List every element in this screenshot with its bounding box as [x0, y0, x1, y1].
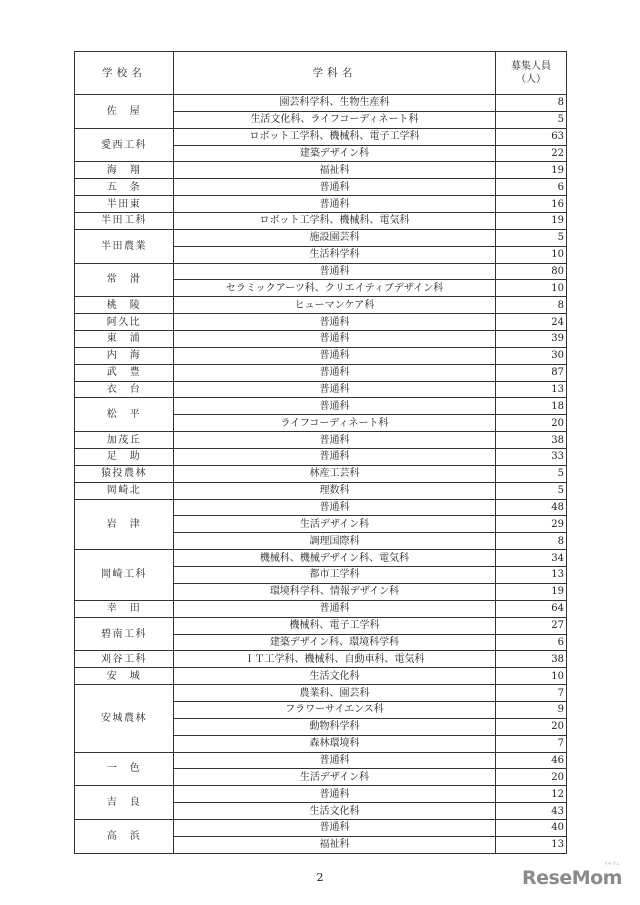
table-row: 武 豊普通科87 [75, 364, 567, 381]
recruitment-count-cell: 8 [496, 95, 567, 112]
department-cell: 普通科 [174, 314, 496, 331]
table-row: 佐 屋園芸科学科、生物生産科8 [75, 95, 567, 112]
department-cell: 普通科 [174, 499, 496, 516]
department-cell: 普通科 [174, 196, 496, 213]
school-name-cell: 安 城 [75, 668, 174, 685]
school-name-cell: 愛西工科 [75, 128, 174, 162]
table-row: 岡崎北理数科5 [75, 482, 567, 499]
school-name-cell: 半田東 [75, 196, 174, 213]
department-cell: 都市工学科 [174, 567, 496, 584]
school-name-cell: 碧南工科 [75, 617, 174, 651]
department-cell: 普通科 [174, 179, 496, 196]
header-school-name: 学校名 [75, 52, 174, 95]
recruitment-count-cell: 6 [496, 179, 567, 196]
school-name-cell: 高 浜 [75, 819, 174, 853]
recruitment-count-cell: 22 [496, 145, 567, 162]
table-row: 猿投農林林産工芸科5 [75, 465, 567, 482]
table-header: 学校名 学科名 募集人員 （人） [75, 52, 567, 95]
recruitment-count-cell: 19 [496, 583, 567, 600]
recruitment-count-cell: 13 [496, 381, 567, 398]
department-cell: 生活文化科 [174, 668, 496, 685]
header-count-label: 募集人員 [511, 61, 551, 72]
recruitment-count-cell: 19 [496, 213, 567, 230]
school-name-cell: 岡崎北 [75, 482, 174, 499]
school-name-cell: 半田工科 [75, 213, 174, 230]
department-cell: 理数科 [174, 482, 496, 499]
recruitment-count-cell: 10 [496, 246, 567, 263]
table-row: 愛西工科ロボット工学科、機械科、電子工学科63 [75, 128, 567, 145]
recruitment-count-cell: 10 [496, 668, 567, 685]
school-name-cell: 足 助 [75, 449, 174, 466]
recruitment-count-cell: 29 [496, 516, 567, 533]
department-cell: 施設園芸科 [174, 229, 496, 246]
department-cell: フラワーサイエンス科 [174, 701, 496, 718]
department-cell: ロボット工学科、機械科、電気科 [174, 213, 496, 230]
department-cell: ライフコーディネート科 [174, 415, 496, 432]
department-cell: 普通科 [174, 752, 496, 769]
school-name-cell: 刈谷工科 [75, 651, 174, 668]
document-page: 学校名 学科名 募集人員 （人） 佐 屋園芸科学科、生物生産科8生活文化科、ライ… [0, 0, 640, 905]
department-cell: 普通科 [174, 331, 496, 348]
school-name-cell: 武 豊 [75, 364, 174, 381]
table-row: 岡崎工科機械科、機械デザイン科、電気科34 [75, 550, 567, 567]
recruitment-count-cell: 5 [496, 229, 567, 246]
school-name-cell: 衣 台 [75, 381, 174, 398]
recruitment-count-cell: 5 [496, 482, 567, 499]
table-row: 五 条普通科6 [75, 179, 567, 196]
recruitment-count-cell: 9 [496, 701, 567, 718]
recruitment-count-cell: 46 [496, 752, 567, 769]
department-cell: 普通科 [174, 600, 496, 617]
recruitment-count-cell: 33 [496, 449, 567, 466]
department-cell: 建築デザイン科、環境科学科 [174, 634, 496, 651]
table-row: 常 滑普通科80 [75, 263, 567, 280]
school-name-cell: 一 色 [75, 752, 174, 786]
department-cell: 普通科 [174, 819, 496, 836]
department-cell: 普通科 [174, 398, 496, 415]
recruitment-count-cell: 34 [496, 550, 567, 567]
table-row: 幸 田普通科64 [75, 600, 567, 617]
department-cell: ＩＴ工学科、機械科、自動車科、電気科 [174, 651, 496, 668]
recruitment-count-cell: 20 [496, 415, 567, 432]
school-name-cell: 内 海 [75, 347, 174, 364]
table-row: 東 浦普通科39 [75, 331, 567, 348]
department-cell: 生活文化科 [174, 803, 496, 820]
recruitment-count-cell: 13 [496, 567, 567, 584]
school-name-cell: 五 条 [75, 179, 174, 196]
table-row: 阿久比普通科24 [75, 314, 567, 331]
recruitment-count-cell: 64 [496, 600, 567, 617]
department-cell: 普通科 [174, 432, 496, 449]
recruitment-count-cell: 8 [496, 297, 567, 314]
school-name-cell: 佐 屋 [75, 95, 174, 129]
recruitment-count-cell: 16 [496, 196, 567, 213]
recruitment-count-cell: 24 [496, 314, 567, 331]
recruitment-count-cell: 80 [496, 263, 567, 280]
table-body: 佐 屋園芸科学科、生物生産科8生活文化科、ライフコーディネート科5愛西工科ロボッ… [75, 95, 567, 854]
department-cell: 普通科 [174, 263, 496, 280]
table-row: 半田工科ロボット工学科、機械科、電気科19 [75, 213, 567, 230]
department-cell: 生活文化科、ライフコーディネート科 [174, 111, 496, 128]
recruitment-count-cell: 5 [496, 465, 567, 482]
recruitment-count-cell: 13 [496, 836, 567, 853]
school-name-cell: 阿久比 [75, 314, 174, 331]
recruitment-count-cell: 7 [496, 735, 567, 752]
recruitment-count-cell: 40 [496, 819, 567, 836]
department-cell: 農業科、園芸科 [174, 685, 496, 702]
school-name-cell: 半田農業 [75, 229, 174, 263]
department-cell: 環境科学科、情報デザイン科 [174, 583, 496, 600]
table-row: 加茂丘普通科38 [75, 432, 567, 449]
table-row: 安城農林農業科、園芸科7 [75, 685, 567, 702]
recruitment-count-cell: 38 [496, 651, 567, 668]
table-row: 吉 良普通科12 [75, 786, 567, 803]
table-row: 高 浜普通科40 [75, 819, 567, 836]
school-name-cell: 幸 田 [75, 600, 174, 617]
table-row: 海 翔福祉科19 [75, 162, 567, 179]
department-cell: 普通科 [174, 786, 496, 803]
school-name-cell: 吉 良 [75, 786, 174, 820]
department-cell: セラミックアーツ科、クリエイティブデザイン科 [174, 280, 496, 297]
recruitment-count-cell: 10 [496, 280, 567, 297]
school-name-cell: 安城農林 [75, 685, 174, 752]
school-name-cell: 東 浦 [75, 331, 174, 348]
header-department-name: 学科名 [174, 52, 496, 95]
department-cell: ヒューマンケア科 [174, 297, 496, 314]
recruitment-count-cell: 63 [496, 128, 567, 145]
table-row: 衣 台普通科13 [75, 381, 567, 398]
department-cell: 機械科、電子工学科 [174, 617, 496, 634]
department-cell: ロボット工学科、機械科、電子工学科 [174, 128, 496, 145]
department-cell: 園芸科学科、生物生産科 [174, 95, 496, 112]
logo-kana: リセマム [604, 861, 620, 867]
department-cell: 普通科 [174, 381, 496, 398]
department-cell: 普通科 [174, 364, 496, 381]
department-cell: 森林環境科 [174, 735, 496, 752]
recruitment-count-cell: 20 [496, 769, 567, 786]
resemom-logo: ReseMom リセマム [522, 867, 622, 889]
recruitment-count-cell: 6 [496, 634, 567, 651]
recruitment-count-cell: 8 [496, 533, 567, 550]
recruitment-count-cell: 87 [496, 364, 567, 381]
department-cell: 生活デザイン科 [174, 769, 496, 786]
logo-text: ReseMom [522, 867, 622, 889]
recruitment-count-cell: 5 [496, 111, 567, 128]
recruitment-table: 学校名 学科名 募集人員 （人） 佐 屋園芸科学科、生物生産科8生活文化科、ライ… [74, 51, 567, 854]
table-row: 碧南工科機械科、電子工学科27 [75, 617, 567, 634]
department-cell: 福祉科 [174, 836, 496, 853]
recruitment-count-cell: 27 [496, 617, 567, 634]
department-cell: 普通科 [174, 449, 496, 466]
table-row: 松 平普通科18 [75, 398, 567, 415]
table-row: 半田農業施設園芸科5 [75, 229, 567, 246]
recruitment-count-cell: 39 [496, 331, 567, 348]
department-cell: 建築デザイン科 [174, 145, 496, 162]
recruitment-count-cell: 43 [496, 803, 567, 820]
department-cell: 林産工芸科 [174, 465, 496, 482]
department-cell: 普通科 [174, 347, 496, 364]
school-name-cell: 松 平 [75, 398, 174, 432]
table-row: 桃 陵ヒューマンケア科8 [75, 297, 567, 314]
recruitment-count-cell: 19 [496, 162, 567, 179]
table-row: 半田東普通科16 [75, 196, 567, 213]
school-name-cell: 常 滑 [75, 263, 174, 297]
school-name-cell: 猿投農林 [75, 465, 174, 482]
department-cell: 生活科学科 [174, 246, 496, 263]
recruitment-count-cell: 38 [496, 432, 567, 449]
school-name-cell: 岩 津 [75, 499, 174, 550]
recruitment-count-cell: 18 [496, 398, 567, 415]
department-cell: 調理国際科 [174, 533, 496, 550]
recruitment-count-cell: 12 [496, 786, 567, 803]
table-row: 安 城生活文化科10 [75, 668, 567, 685]
department-cell: 生活デザイン科 [174, 516, 496, 533]
table-row: 岩 津普通科48 [75, 499, 567, 516]
recruitment-count-cell: 48 [496, 499, 567, 516]
school-name-cell: 岡崎工科 [75, 550, 174, 601]
page-number: 2 [314, 871, 326, 884]
table-row: 刈谷工科ＩＴ工学科、機械科、自動車科、電気科38 [75, 651, 567, 668]
department-cell: 動物科学科 [174, 718, 496, 735]
table-row: 一 色普通科46 [75, 752, 567, 769]
school-name-cell: 海 翔 [75, 162, 174, 179]
department-cell: 福祉科 [174, 162, 496, 179]
recruitment-count-cell: 20 [496, 718, 567, 735]
header-recruitment-count: 募集人員 （人） [496, 52, 567, 95]
department-cell: 機械科、機械デザイン科、電気科 [174, 550, 496, 567]
school-name-cell: 加茂丘 [75, 432, 174, 449]
table-row: 足 助普通科33 [75, 449, 567, 466]
recruitment-count-cell: 30 [496, 347, 567, 364]
school-name-cell: 桃 陵 [75, 297, 174, 314]
header-count-unit: （人） [516, 74, 546, 85]
recruitment-count-cell: 7 [496, 685, 567, 702]
table-row: 内 海普通科30 [75, 347, 567, 364]
